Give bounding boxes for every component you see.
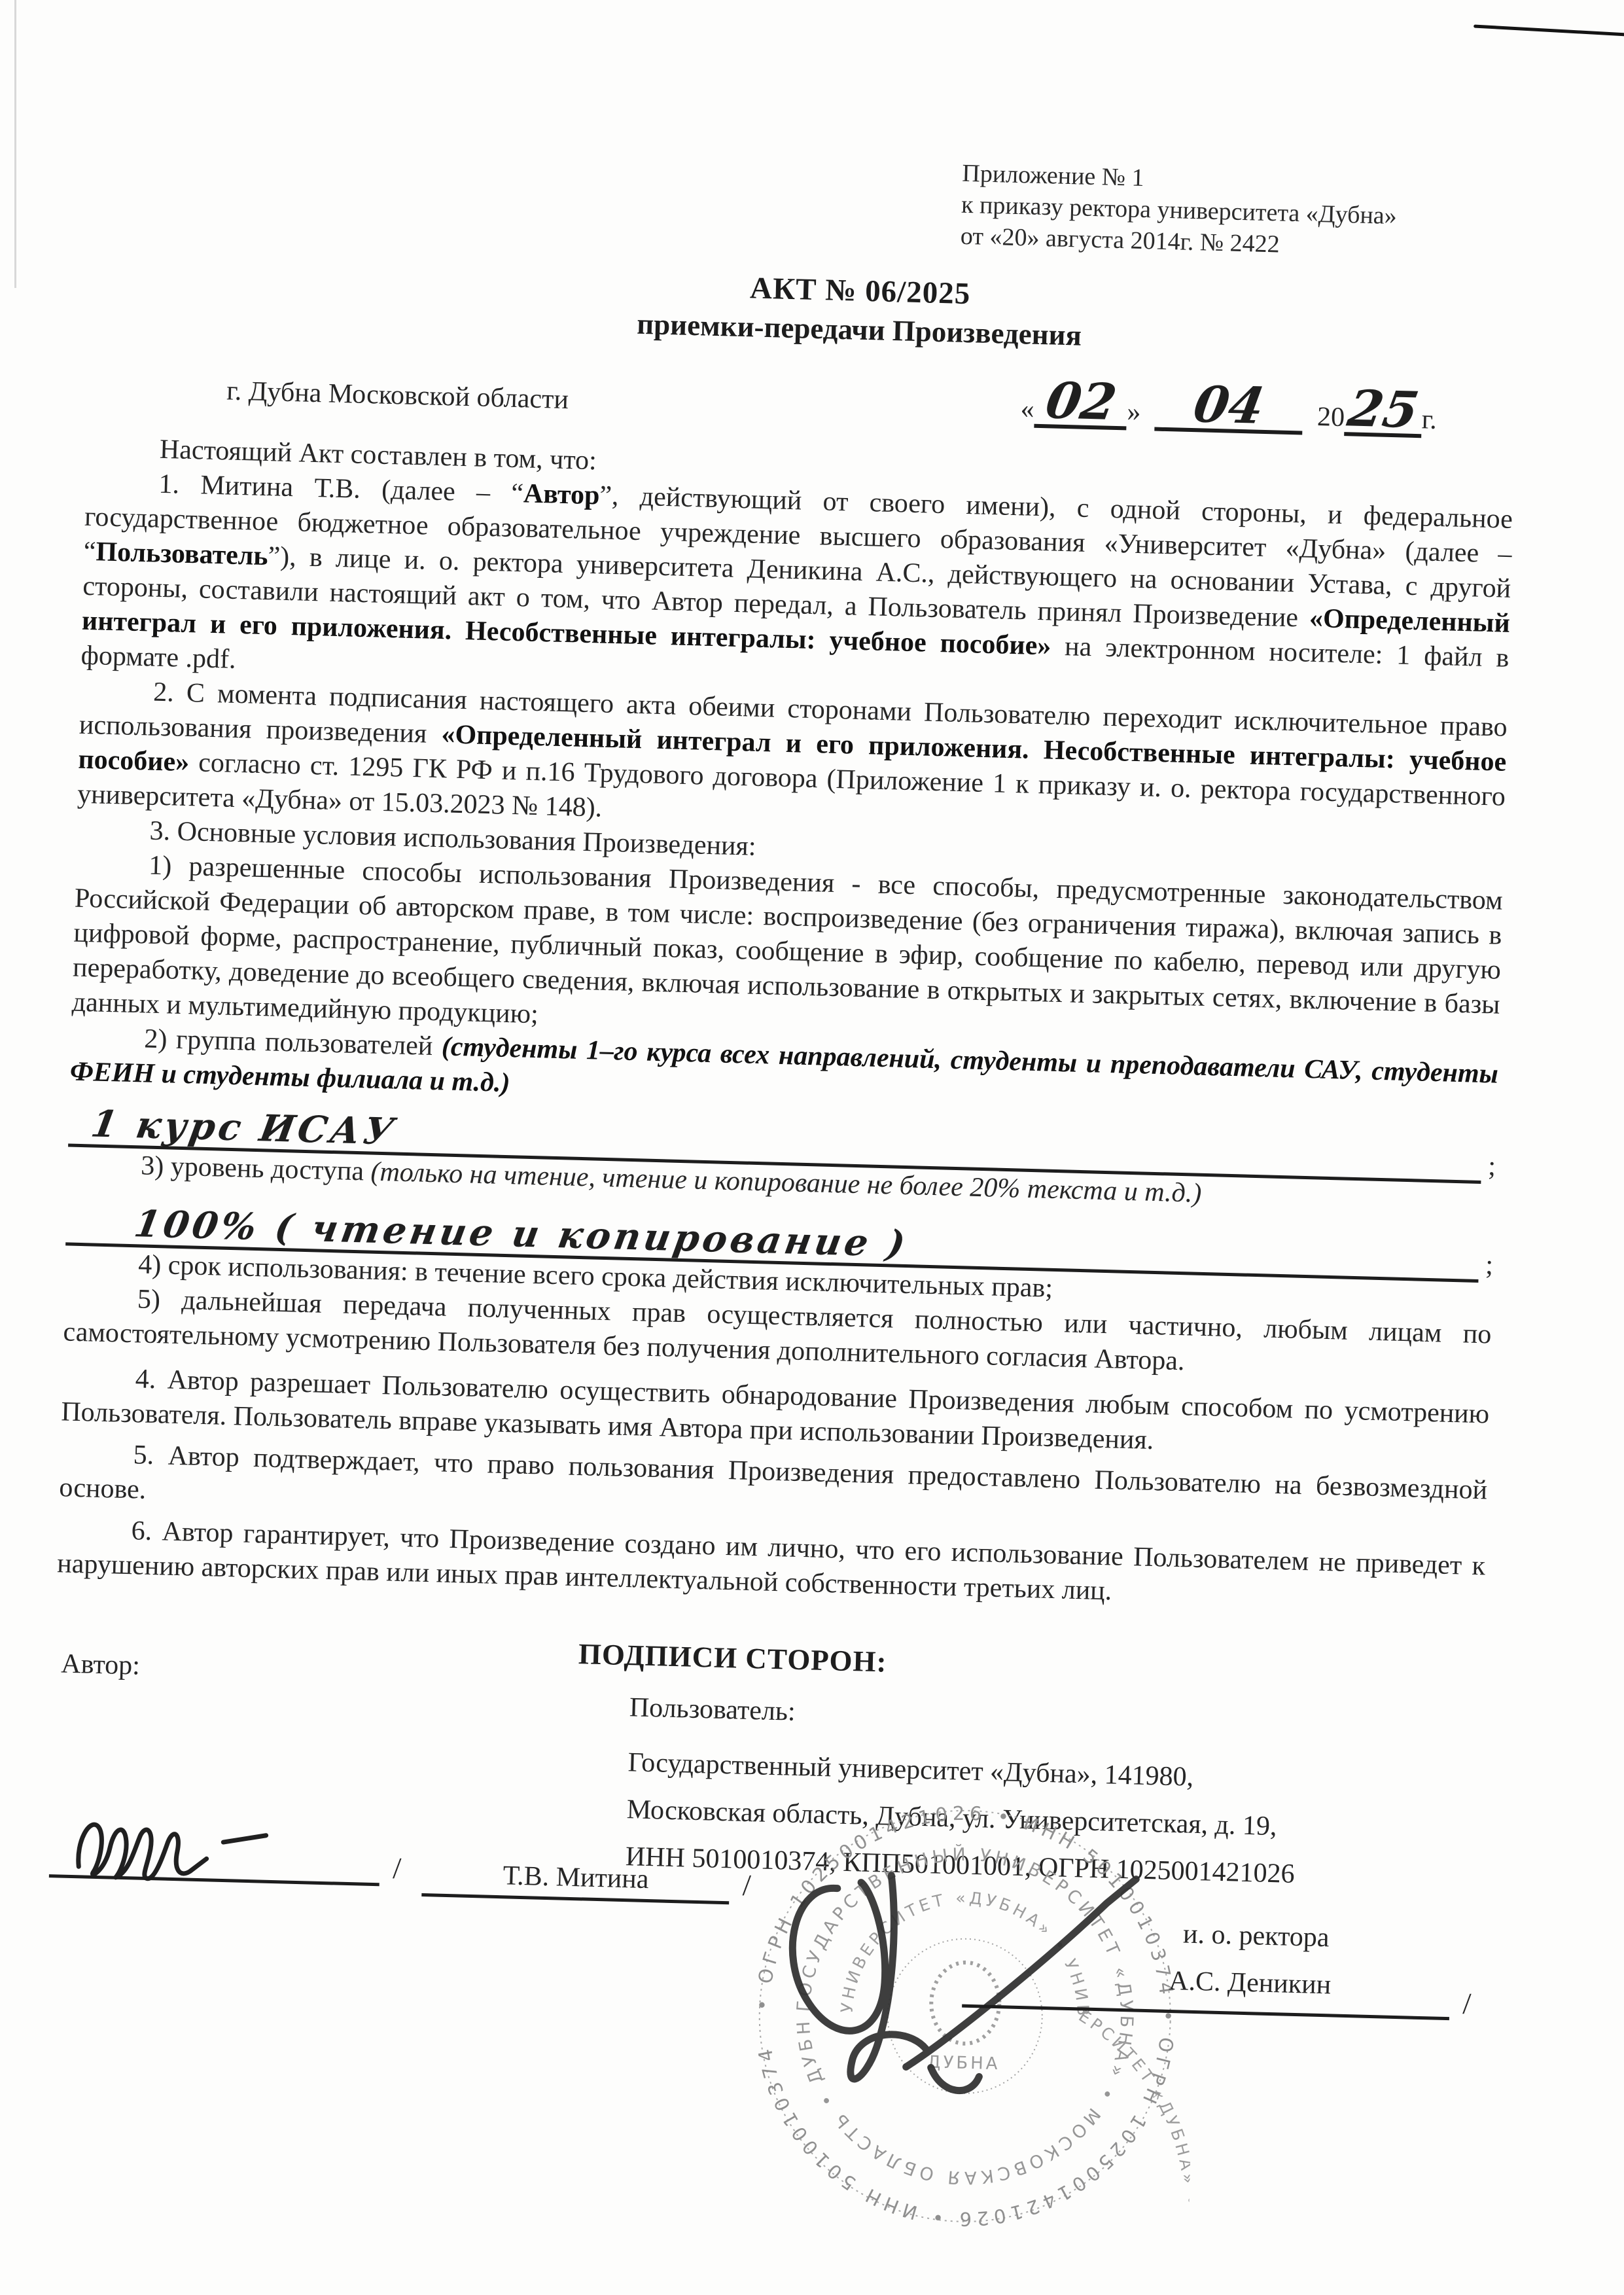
item2-label: 2) группа пользователей xyxy=(144,1023,442,1061)
author-label: Автор: xyxy=(61,1648,141,1681)
item2-semicolon: ; xyxy=(1481,1149,1496,1184)
date-close-quote: » xyxy=(1127,396,1141,431)
p1-part-0: 1. Митина Т.В. (далее – “ xyxy=(158,469,524,509)
date-month-handwritten: 04 xyxy=(1191,383,1267,427)
signatures-heading: ПОДПИСИ СТОРОН: xyxy=(578,1637,887,1679)
date-year-handwritten: 25 xyxy=(1345,387,1421,431)
place-label: г. Дубна Московской области xyxy=(226,375,569,416)
appendix-header: Приложение № 1 к приказу ректора универс… xyxy=(960,158,1421,264)
stamp-center-text: ДУБНА xyxy=(927,2052,1000,2074)
signatures-section: Автор: ПОДПИСИ СТОРОН: Пользователь: Гос… xyxy=(42,1614,1483,2194)
p1-user-term: Пользователь xyxy=(96,537,268,571)
item2-handwritten-answer: 1 курс ИСАУ xyxy=(89,1107,400,1150)
slash-3: / xyxy=(1462,1986,1472,2021)
date-open-quote: « xyxy=(1020,393,1034,428)
rector-title: и. о. ректора xyxy=(1183,1918,1330,1953)
slash-1: / xyxy=(393,1851,402,1885)
date-suffix: г. xyxy=(1421,404,1437,438)
university-seal-stamp: • ОГРН 1025001421026 • ИНН 5010010374 • … xyxy=(730,1781,1200,2251)
document-content: Приложение № 1 к приказу ректора универс… xyxy=(0,0,1623,2197)
user-label: Пользователь: xyxy=(629,1692,796,1728)
rector-name: А.С. Деникин xyxy=(1169,1965,1332,2001)
place-date-row: г. Дубна Московской области «02» 04 2025… xyxy=(88,355,1516,440)
date-century: 20 xyxy=(1316,401,1345,436)
p1-author-term: Автор xyxy=(523,478,600,510)
author-name-line: Т.В. Митина xyxy=(421,1851,730,1904)
document-title: АКТ № 06/2025 приемки-передачи Произведе… xyxy=(90,251,1519,366)
author-name: Т.В. Митина xyxy=(503,1860,649,1899)
scanned-document-page: Приложение № 1 к приказу ректора универс… xyxy=(0,0,1624,2295)
date-field: «02» 04 2025г. xyxy=(1020,379,1438,438)
item3-semicolon: ; xyxy=(1479,1248,1494,1283)
date-day-handwritten: 02 xyxy=(1043,380,1119,423)
document-body: Настоящий Акт составлен в том, что: 1. М… xyxy=(57,431,1514,1619)
paragraph-1: 1. Митина Т.В. (далее – “Автор”, действу… xyxy=(80,465,1513,711)
